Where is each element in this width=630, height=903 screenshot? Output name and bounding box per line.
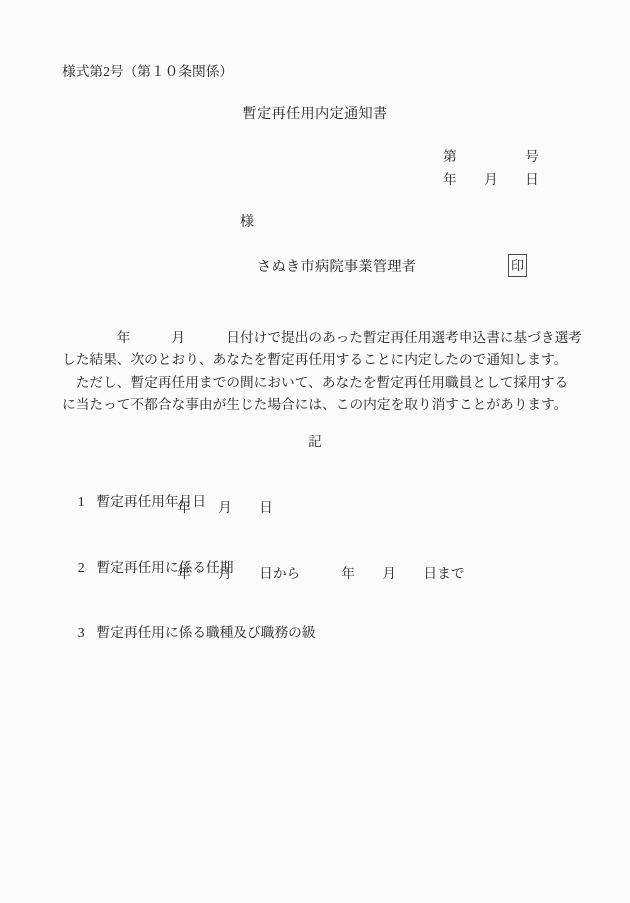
list-item-2-number: 2 [78,560,85,575]
seal-placeholder-box: 印 [508,254,527,277]
list-item-1-number: 1 [78,494,85,509]
body-line-3: ただし、暫定再任用までの間において、あなたを暫定再任用職員として採用する [62,372,582,394]
body-line-2: した結果、次のとおり、あなたを暫定再任用することに内定したので通知します。 [62,349,582,371]
issuer-name: さぬき市病院事業管理者 [257,259,416,277]
document-number-line: 第 号 [443,148,539,165]
body-line-1: 年 月 日付けで提出のあった暫定再任用選考申込書に基づき選考 [62,327,582,349]
document-page: 様式第2号（第１０条関係） 暫定再任用内定通知書 第 号 年 月 日 様 さぬき… [0,0,630,903]
addressee-suffix: 様 [240,214,254,232]
list-item-1-date-blanks: 年 月 日 [177,499,273,516]
list-heading-ki: 記 [0,433,630,450]
form-number-note: 様式第2号（第１０条関係） [62,63,233,80]
document-title: 暫定再任用内定通知書 [0,106,630,124]
body-line-4: に当たって不都合な事由が生じた場合には、この内定を取り消すことがあります。 [62,394,582,416]
document-date-line: 年 月 日 [443,171,539,188]
list-item-3: 3暫定再任用に係る職種及び職務の級 [64,607,316,658]
body-paragraph: 年 月 日付けで提出のあった暫定再任用選考申込書に基づき選考 した結果、次のとお… [62,327,582,416]
list-item-2-period-blanks: 年 月 日から 年 月 日まで [177,565,464,582]
list-item-3-number: 3 [78,625,85,640]
list-item-3-label: 暫定再任用に係る職種及び職務の級 [97,625,316,640]
